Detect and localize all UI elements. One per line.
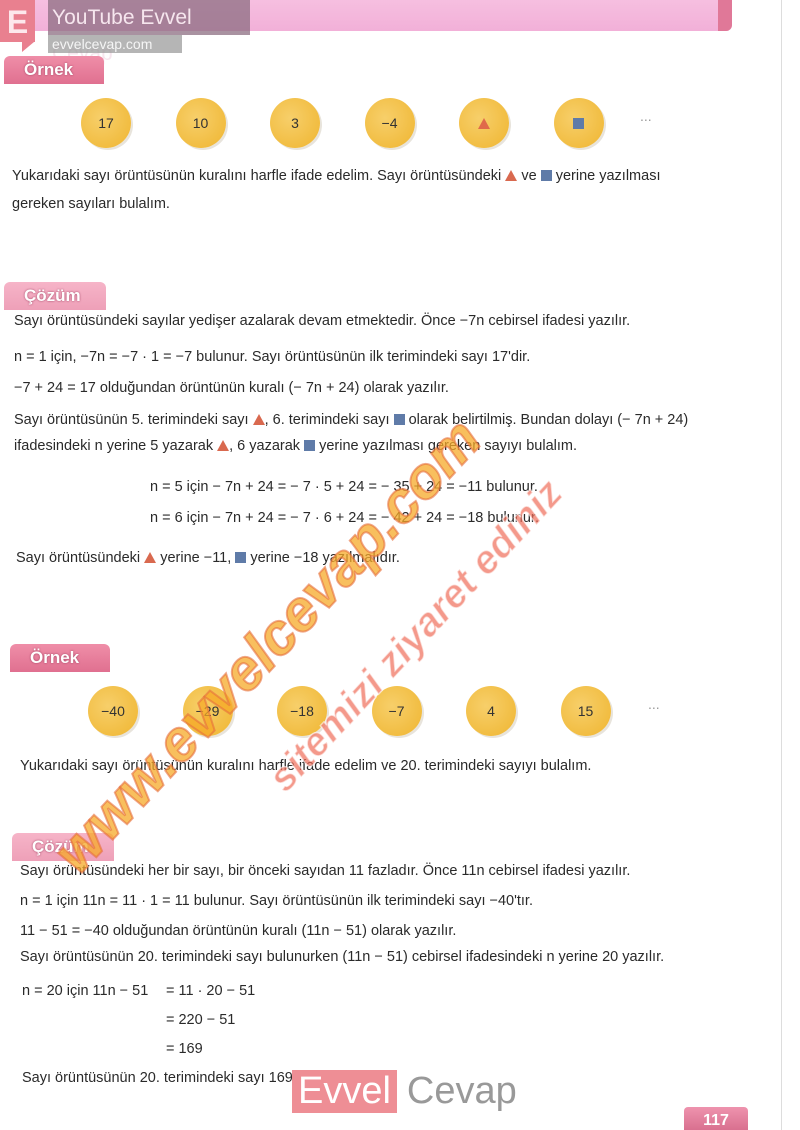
question-1-line-1: Yukarıdaki sayı örüntüsünün kuralını har…	[12, 166, 660, 186]
solution-2-conclusion: Sayı örüntüsünün 20. terimindeki sayı 16…	[22, 1068, 320, 1088]
page-edge	[781, 0, 782, 1130]
example-tab-1: Örnek	[4, 56, 104, 84]
solution-2-calc-step-1: = 11 · 20 − 51	[166, 981, 255, 1001]
triangle-icon	[478, 118, 490, 129]
ellipsis: ...	[640, 108, 652, 124]
triangle-icon	[217, 440, 229, 451]
solution-tab-1: Çözüm	[4, 282, 106, 310]
solution-1-line-5: ifadesindeki n yerine 5 yazarak , 6 yaza…	[14, 436, 577, 456]
footer-logo: EvvelCevap	[292, 1070, 517, 1113]
youtube-label: YouTube Evvel Cevap	[48, 0, 250, 35]
sequence-term	[554, 98, 604, 148]
square-icon	[394, 414, 405, 425]
page-number: 117	[684, 1107, 748, 1130]
solution-2-line-2: n = 1 için 11n = 11 · 1 = 11 bulunur. Sa…	[20, 891, 533, 911]
sequence-term: −4	[365, 98, 415, 148]
question-1-line-2: gereken sayıları bulalım.	[12, 194, 170, 214]
sequence-term: 15	[561, 686, 611, 736]
sequence-term	[459, 98, 509, 148]
square-icon	[541, 170, 552, 181]
sequence-term: −40	[88, 686, 138, 736]
solution-2-calc-lhs: n = 20 için 11n − 51	[22, 981, 148, 1001]
solution-2-calc-step-2: = 220 − 51	[166, 1010, 235, 1030]
site-link[interactable]: evvelcevap.com	[48, 35, 182, 53]
triangle-icon	[505, 170, 517, 181]
triangle-icon	[253, 414, 265, 425]
solution-1-line-1: Sayı örüntüsündeki sayılar yedişer azala…	[14, 311, 630, 331]
header-banner-end	[718, 0, 732, 31]
solution-2-line-3: 11 − 51 = −40 olduğundan örüntünün kural…	[20, 921, 456, 941]
solution-1-line-3: −7 + 24 = 17 olduğundan örüntünün kuralı…	[14, 378, 449, 398]
sequence-term: 10	[176, 98, 226, 148]
sequence-term: 4	[466, 686, 516, 736]
solution-1-line-4: Sayı örüntüsünün 5. terimindeki sayı , 6…	[14, 410, 688, 430]
square-icon	[304, 440, 315, 451]
evvel-logo: E	[0, 0, 35, 42]
solution-1-calc-1: n = 5 için − 7n + 24 = − 7 · 5 + 24 = − …	[150, 477, 538, 497]
example-tab-2: Örnek	[10, 644, 110, 672]
ellipsis: ...	[648, 696, 660, 712]
solution-1-line-2: n = 1 için, −7n = −7 · 1 = −7 bulunur. S…	[14, 347, 530, 367]
square-icon	[573, 118, 584, 129]
square-icon	[235, 552, 246, 563]
sequence-term: 17	[81, 98, 131, 148]
sequence-term: 3	[270, 98, 320, 148]
triangle-icon	[144, 552, 156, 563]
solution-2-calc-step-3: = 169	[166, 1039, 203, 1059]
solution-2-line-1: Sayı örüntüsündeki her bir sayı, bir önc…	[20, 861, 630, 881]
solution-2-line-4: Sayı örüntüsünün 20. terimindeki sayı bu…	[20, 947, 664, 967]
